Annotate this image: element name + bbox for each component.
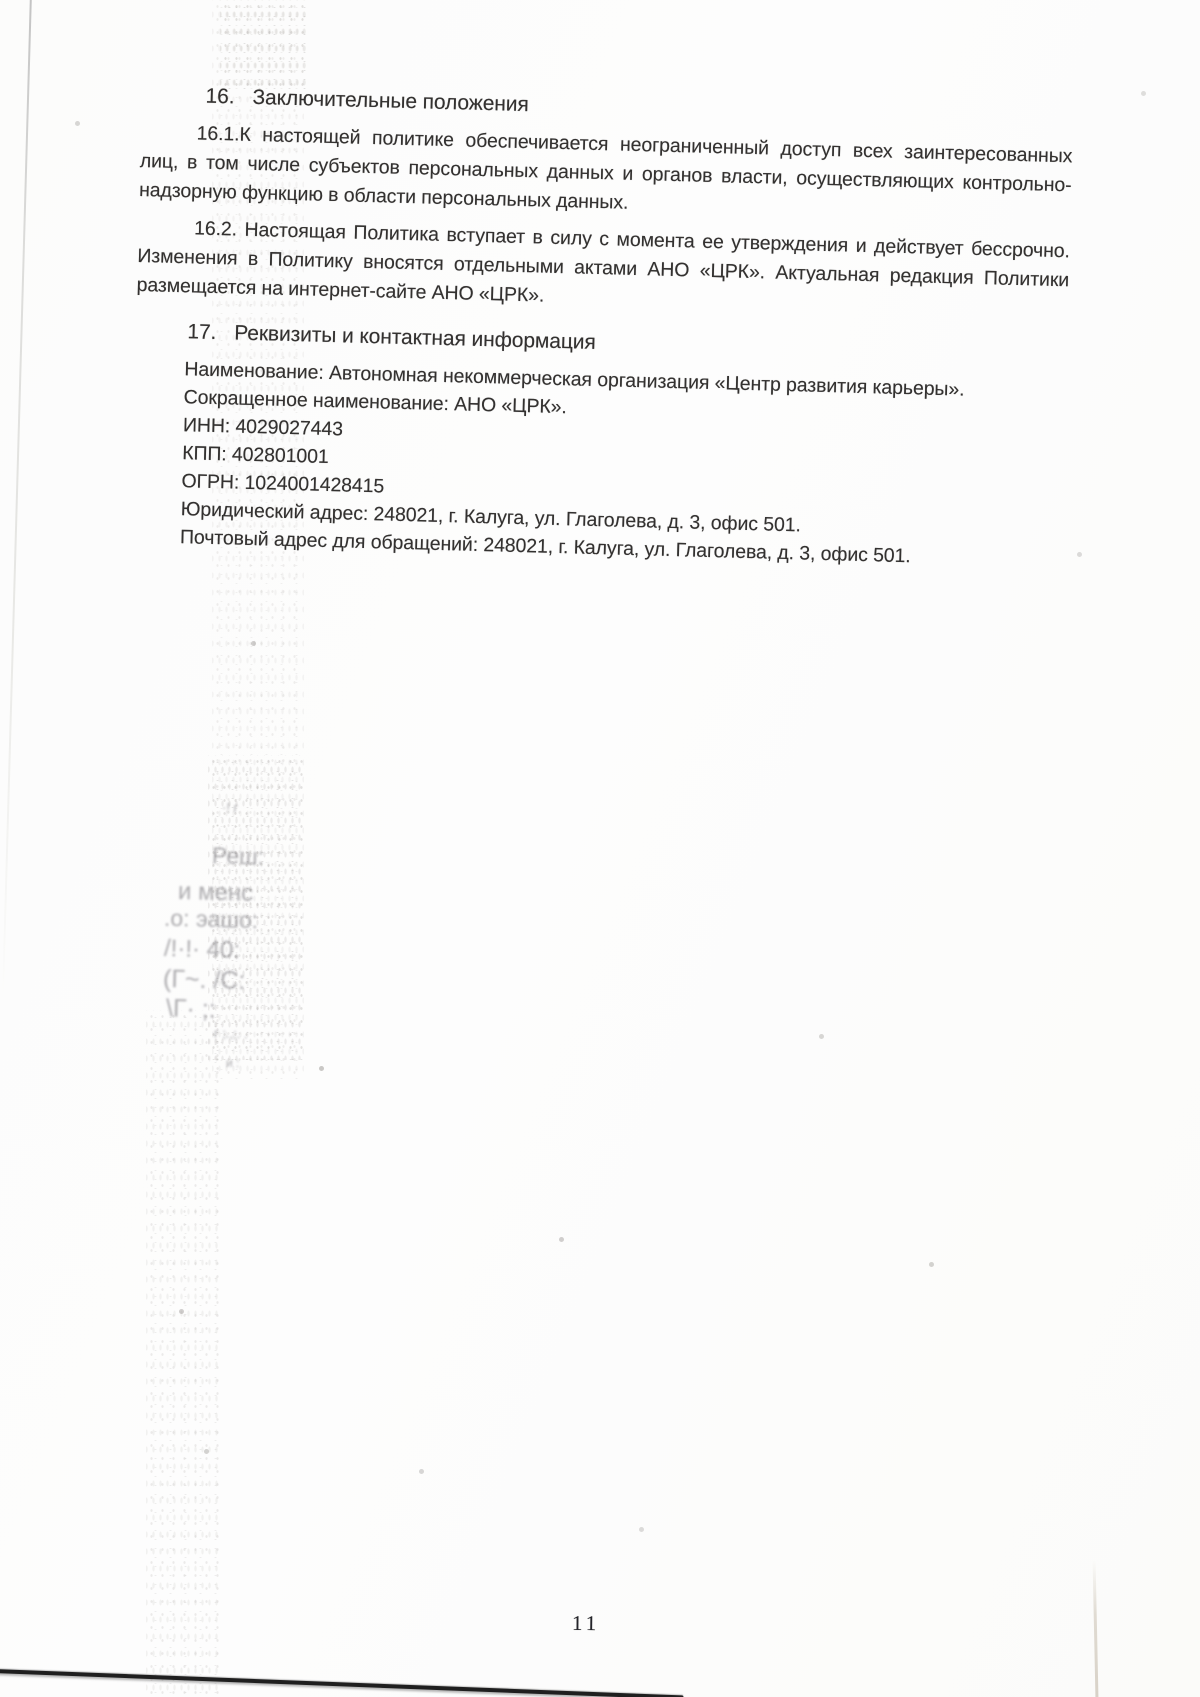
document-content: 16.Заключительные положения 16.1.К насто… [130,80,1074,574]
section-17-title: Реквизиты и контактная информация [234,322,596,354]
page-number: 11 [572,1611,600,1636]
ghost-text-fragment: /!·!· 40: [164,935,241,965]
section-16-title: Заключительные положения [252,86,529,116]
ghost-text-fragment: \Г· ;: [166,994,216,1024]
scanned-document-page: ·! гРеш:и менс.о: эашо:/!·!· 40:(Г~. /С:… [0,0,1200,1697]
ghost-text-fragment: ·! г [222,800,239,815]
ghost-text-fragment: и : [226,1056,240,1070]
requisites-block: Наименование: Автономная некоммерческая … [130,354,1067,574]
ghost-text-fragment: (Г~. /С: [163,965,246,996]
paragraph-16-2: 16.2. Настоящая Политика вступает в силу… [136,213,1070,324]
section-16-number: 16. [205,82,235,113]
ghost-text-fragment: г ;.,;. . [214,1026,248,1042]
ghost-text-fragment: и менс [178,878,254,908]
ghost-text-fragment: Реш: [212,842,265,870]
ghost-text-fragment: .о: эашо: [164,905,259,934]
paragraph-16-1: 16.1.К настоящей политике обеспечивается… [139,118,1073,229]
section-17-number: 17. [187,317,217,348]
